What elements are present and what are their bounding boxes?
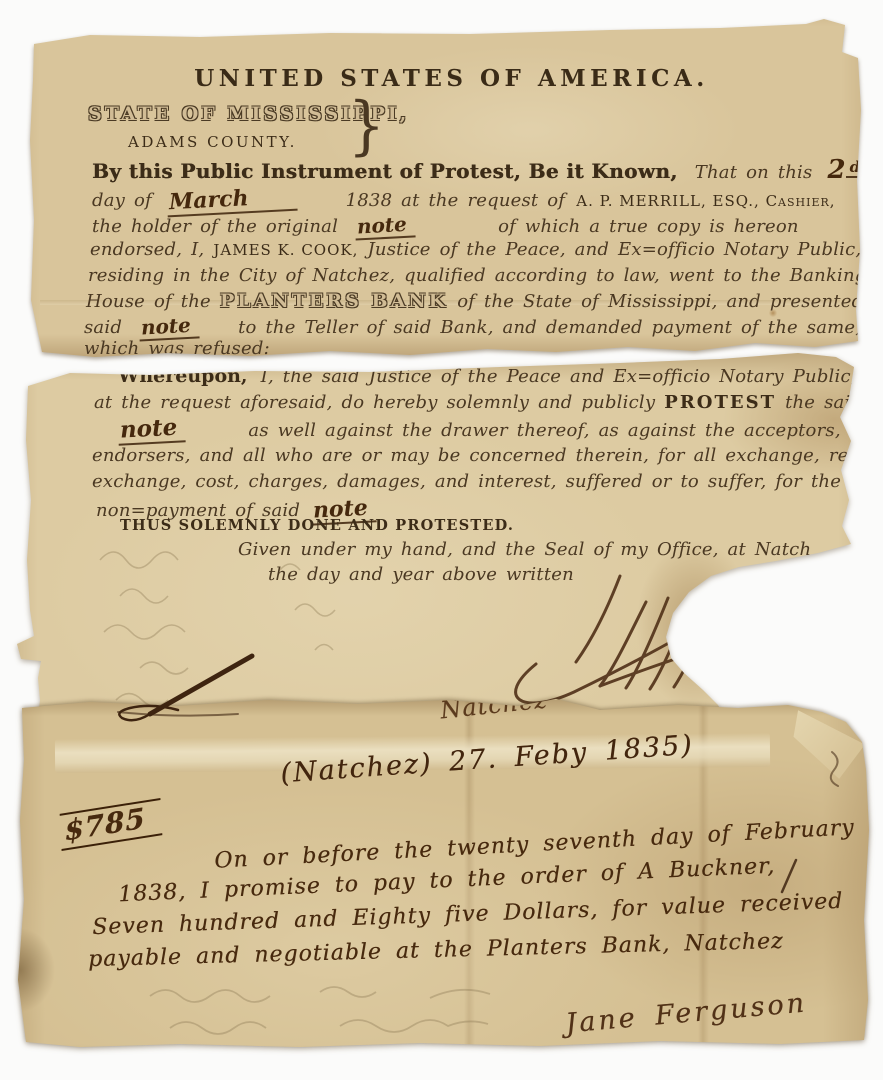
handwritten-note-word: note [311,495,377,526]
state-line: STATE OF MISSISSIPPI, [88,104,409,126]
script-segment: I, the said Justice of the Peace and Ex=… [261,366,857,387]
document-photo: Whereupon, I, the said Justice of the Pe… [0,0,883,1080]
script-segment: the day and year above written [268,564,574,585]
ghost-pencil-scribbles [80,540,500,720]
protest-line-date: day of March 1838 at the request of A. P… [92,187,836,214]
handwritten-month: March [166,184,297,218]
protest-line-nonpayment: non=payment of said note [96,497,376,524]
script-segment: residing in the City of Natchez, qualifi… [88,265,867,286]
paper-bottom-surface: Natchez (Natchez) 27. Feby 1835) $785 On… [0,0,883,1080]
note-amount: $785 [58,798,164,851]
protest-line-holder: the holder of the original note of which… [92,214,799,239]
brace-glyph: } [348,89,385,162]
paper-middle-surface: Whereupon, I, the said Justice of the Pe… [0,0,883,1080]
protest-line-charges: exchange, cost, charges, damages, and in… [92,472,841,493]
state-label: STATE OF MISSISSIPPI, [88,103,409,125]
script-segment: of which a true copy is hereon [498,216,799,237]
protest-line-refused: which was refused: [84,339,270,360]
protest-line-endorsers: endorsers, and all who are or may be con… [92,446,864,467]
done-protested-label: THUS SOLEMNLY DONE AND PROTESTED. [120,517,514,534]
protest-line-note-drawer: note as well against the drawer thereof,… [118,416,841,444]
notary-name: JAMES K. COOK, [213,241,358,259]
protest-line-opening: By this Public Instrument of Protest, Be… [92,156,864,186]
script-segment: said [84,317,122,338]
paper-fragment-middle: Whereupon, I, the said Justice of the Pe… [0,0,883,1080]
script-segment: non=payment of said [96,500,300,521]
protest-line-residing: residing in the City of Natchez, qualifi… [88,266,867,287]
faint-pencil-strokes [140,982,680,1042]
dog-ear-corner [792,704,868,782]
tear-shading-middle-top [20,352,860,380]
script-segment: endorsers, and all who are or may be con… [92,445,864,466]
script-segment: day of [92,190,152,211]
cashier-name: A. P. MERRILL, ESQ., Cashier, [576,192,835,210]
note-dateline: (Natchez) 27. Feby 1835) [279,730,694,790]
maker-signature: Jane Ferguson [564,988,808,1040]
blackletter-segment: By this Public Instrument of Protest, Be… [92,159,678,183]
tear-shading-middle-bottom [20,710,736,736]
document-title: UNITED STATES OF AMERICA. [10,66,883,92]
notary-signature-flourish [478,568,788,718]
county-line: ADAMS COUNTY. [128,133,297,151]
note-body-line-2: 1838, I promise to pay to the order of A… [118,854,776,908]
script-segment: endorsed, I, [90,239,204,260]
script-segment: to the Teller of said Bank, and demanded… [238,317,861,338]
handwritten-day-number: 2 [828,156,846,186]
paper-fragment-top: UNITED STATES OF AMERICA. STATE OF MISSI… [0,0,883,1080]
repair-tape-strip [55,733,770,773]
protest-line-notary: endorsed, I, JAMES K. COOK, Justice of t… [90,240,861,261]
paper-top-surface: UNITED STATES OF AMERICA. STATE OF MISSI… [0,0,883,1080]
protest-line-given: Given under my hand, and the Seal of my … [238,540,811,561]
protest-line-request: at the request aforesaid, do hereby sole… [94,393,862,414]
note-body-line-1: On or before the twenty seventh day of F… [214,815,855,874]
handwritten-day-suffix: d [846,159,865,178]
protest-line-whereupon: Whereupon, I, the said Justice of the Pe… [118,366,857,388]
whereupon-label: Whereupon, [118,365,248,387]
script-segment: That on this [695,162,813,183]
protest-word: PROTEST [664,392,776,413]
script-segment: House of the [86,291,211,312]
script-segment: of the State of Mississippi, and present… [457,291,863,312]
protest-line-day-year: the day and year above written [268,565,574,586]
handwritten-note-word: note [139,313,200,341]
amount-figure: $785 [60,798,163,851]
note-body-line-3: Seven hundred and Eighty five Dollars, f… [92,889,844,941]
script-segment: the said [785,392,862,413]
script-segment: at the request aforesaid, do hereby sole… [94,392,655,413]
county-label: ADAMS COUNTY. [128,133,297,151]
faint-city-inscription: Natchez [439,686,549,725]
handwritten-note-word: note [355,212,416,240]
protest-line-done: THUS SOLEMNLY DONE AND PROTESTED. [120,516,514,535]
script-segment: exchange, cost, charges, damages, and in… [92,471,841,492]
protest-line-bank: House of the PLANTERS BANK of the State … [86,291,863,313]
tear-shading-top-bottom [28,334,860,358]
protest-line-teller: said note to the Teller of said Bank, an… [84,315,861,340]
planters-bank-label: PLANTERS BANK [220,290,448,312]
script-segment: Given under my hand, and the Seal of my … [238,539,811,560]
handwritten-note-word: note [117,414,186,446]
script-segment: the holder of the original [92,216,338,237]
script-segment: 1838 at the request of [346,190,566,211]
script-segment: as well against the drawer thereof, as a… [248,420,840,441]
fold-crease [40,300,840,305]
paper-fragment-bottom: Natchez (Natchez) 27. Feby 1835) $785 On… [0,0,883,1080]
note-body-line-4: payable and negotiable at the Planters B… [88,929,784,973]
script-segment: Justice of the Peace, and Ex=officio Not… [367,239,861,260]
ink-overlay [0,0,883,1080]
script-segment: which was refused: [84,338,270,359]
tear-shading-bottom-top [16,700,868,716]
